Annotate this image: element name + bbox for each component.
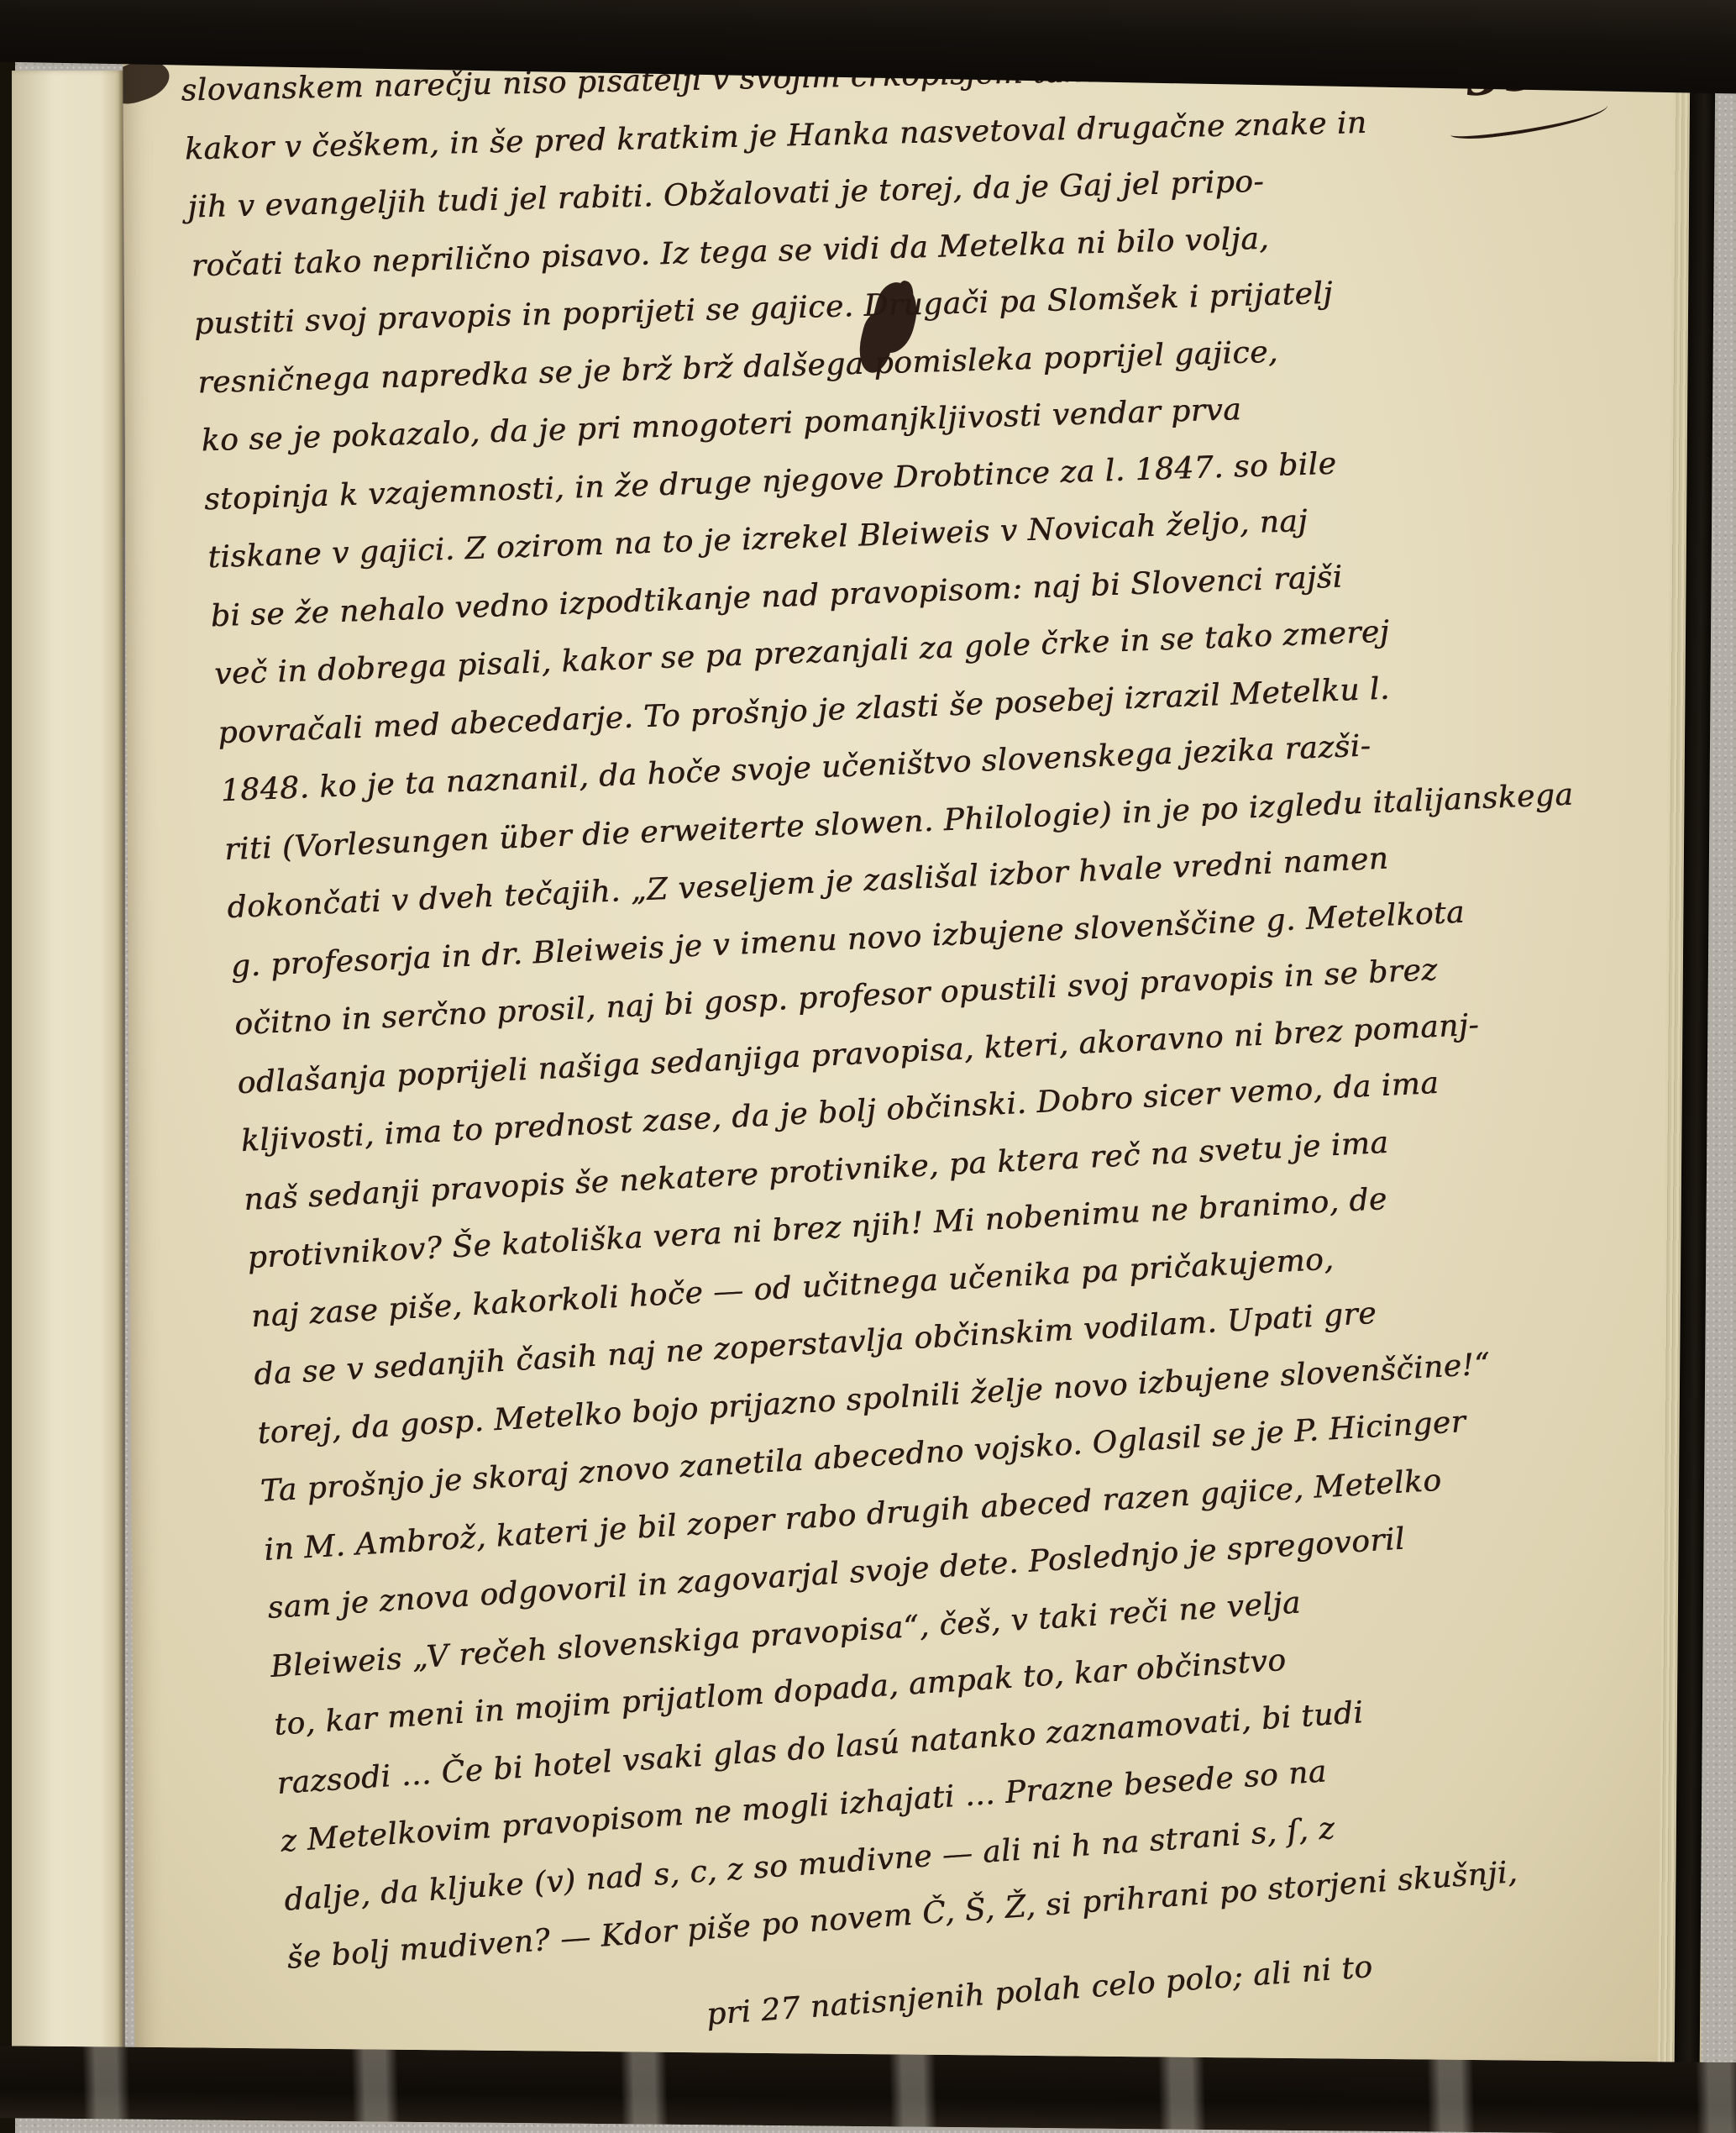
photo-backdrop: 355 slovanskem narečju niso pisatelji v … <box>0 0 1736 2133</box>
manuscript-text: slovanskem narečju niso pisatelji v svoj… <box>176 65 1693 2081</box>
manuscript-page: 355 slovanskem narečju niso pisatelji v … <box>123 29 1702 2081</box>
previous-page-edge <box>12 71 123 2086</box>
